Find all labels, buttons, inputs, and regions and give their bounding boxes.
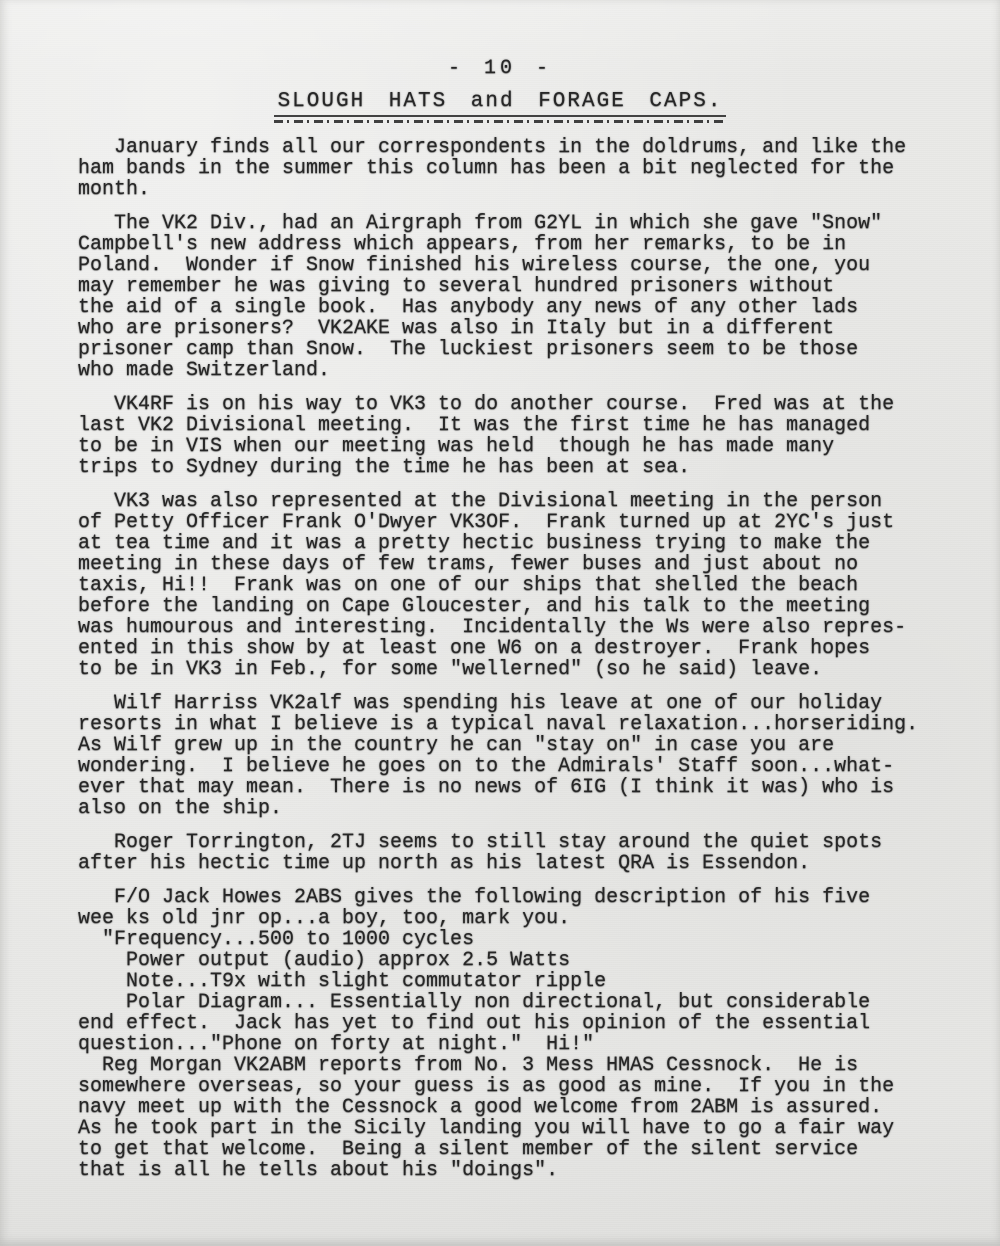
- paragraph-roger-torrington: Roger Torrington, 2TJ seems to still sta…: [78, 832, 963, 874]
- paragraph-jack-howes-specs: F/O Jack Howes 2ABS gives the following …: [78, 887, 963, 1055]
- article-title: SLOUGH HATS and FORAGE CAPS.: [274, 90, 727, 117]
- paragraph-reg-morgan: Reg Morgan VK2ABM reports from No. 3 Mes…: [78, 1055, 963, 1181]
- title-dashed-underline: [274, 120, 727, 123]
- paragraph-january-intro: January finds all our correspondents in …: [78, 137, 963, 200]
- article-title-block: SLOUGH HATS and FORAGE CAPS.: [274, 90, 727, 123]
- paragraph-vk2-div-airgraph: The VK2 Div., had an Airgraph from G2YL …: [78, 213, 963, 381]
- article-header: SLOUGH HATS and FORAGE CAPS.: [0, 90, 1000, 123]
- document-page: - 10 - SLOUGH HATS and FORAGE CAPS. Janu…: [0, 0, 1000, 1246]
- paragraph-vk4rf: VK4RF is on his way to VK3 to do another…: [78, 394, 963, 478]
- page-number: - 10 -: [0, 57, 1000, 80]
- article-body: January finds all our correspondents in …: [78, 137, 963, 1194]
- paragraph-wilf-harriss: Wilf Harriss VK2alf was spending his lea…: [78, 693, 963, 819]
- paragraph-vk3-meeting: VK3 was also represented at the Division…: [78, 491, 963, 680]
